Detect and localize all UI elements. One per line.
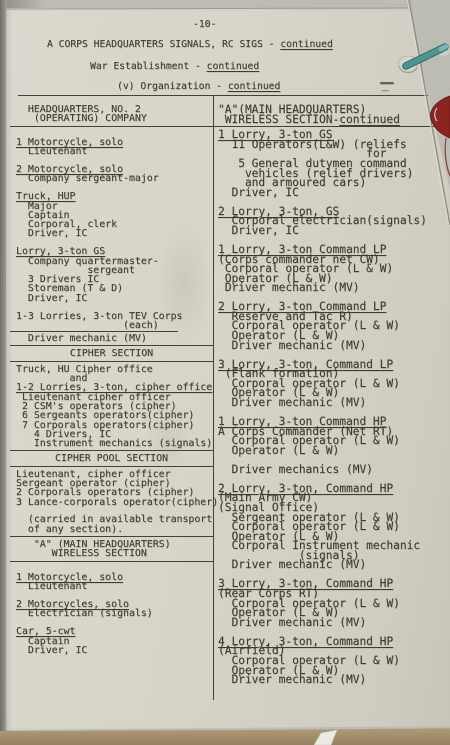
title-underlined-word: continued [280,39,333,50]
text-line: Driver mechanic (MV) [214,675,450,685]
text-line: Driver, IC [10,646,213,655]
text-line: (each) [10,321,213,330]
horizontal-rule [10,536,213,537]
text-line: Driver mechanic (MV) [214,283,450,293]
text-line: WIRELESS SECTION-continued [214,115,450,125]
text-line: Company sergeant-major [10,174,213,183]
horizontal-rule [10,345,213,346]
left-column: HEADQUARTERS, NO. 2 (OPERATING) COMPANY1… [10,97,213,655]
section-title: CIPHER SECTION [10,349,213,358]
text-line: Driver, IC [10,229,213,238]
text-line: Driver mechanic (MV) [214,398,450,408]
text-line: Driver mechanic (MV) [214,560,450,570]
horizontal-rule [10,561,213,562]
page-number: -10- [193,19,216,30]
horizontal-rule-short [10,331,178,332]
text-line: of any section). [10,525,213,534]
header-rule [18,95,428,96]
text-line: Lieutenant [10,582,213,591]
subtitle-text: War Establishment - [90,61,207,72]
title-text: A CORPS HEADQUARTERS SIGNALS, RC SIGS - [47,39,280,50]
text-line: Instrument mechanics (signals) [10,439,213,448]
horizontal-rule [10,361,213,362]
horizontal-rule [10,466,213,467]
subtitle-underlined-word: continued [228,81,281,92]
text-line: WIRELESS SECTION [10,549,213,558]
document-page: -10- A CORPS HEADQUARTERS SIGNALS, RC SI… [6,8,450,731]
text-line: Driver mechanics (MV) [214,465,450,475]
section-title: CIPHER POOL SECTION [10,454,213,463]
text-line: Driver mechanic (MV) [214,341,450,351]
text-line: Driver mechanic (MV) [214,618,450,628]
photographed-document-scene: -10- A CORPS HEADQUARTERS SIGNALS, RC SI… [0,0,450,745]
horizontal-rule [214,126,450,127]
text-line: Driver, IC [214,226,450,236]
text-line: Driver mechanic (MV) [10,334,213,343]
subtitle-organization: (v) Organization - continued [117,81,280,92]
subtitle-underlined-word: continued [207,61,260,72]
horizontal-rule [10,126,213,127]
subtitle-text: (v) Organization - [117,81,228,92]
underlying-pages-edge [0,0,7,733]
text-line: 3 Lance-corporals operator(cipher) [10,498,213,507]
subtitle-war-establishment: War Establishment - continued [90,61,259,72]
text-line: Lieutenant [10,147,213,156]
text-line: Driver, IC [214,188,450,198]
text-line: Driver, IC [10,294,213,303]
text-line: Electrician (signals) [10,609,213,618]
punched-hole [436,44,450,56]
text-line: (OPERATING) COMPANY [10,114,213,123]
document-title: A CORPS HEADQUARTERS SIGNALS, RC SIGS - … [47,39,333,50]
right-column: "A"(MAIN HEADQUARTERS) WIRELESS SECTION-… [214,99,450,685]
text-line: Operator (L & W) [214,446,450,456]
horizontal-rule [10,450,213,451]
